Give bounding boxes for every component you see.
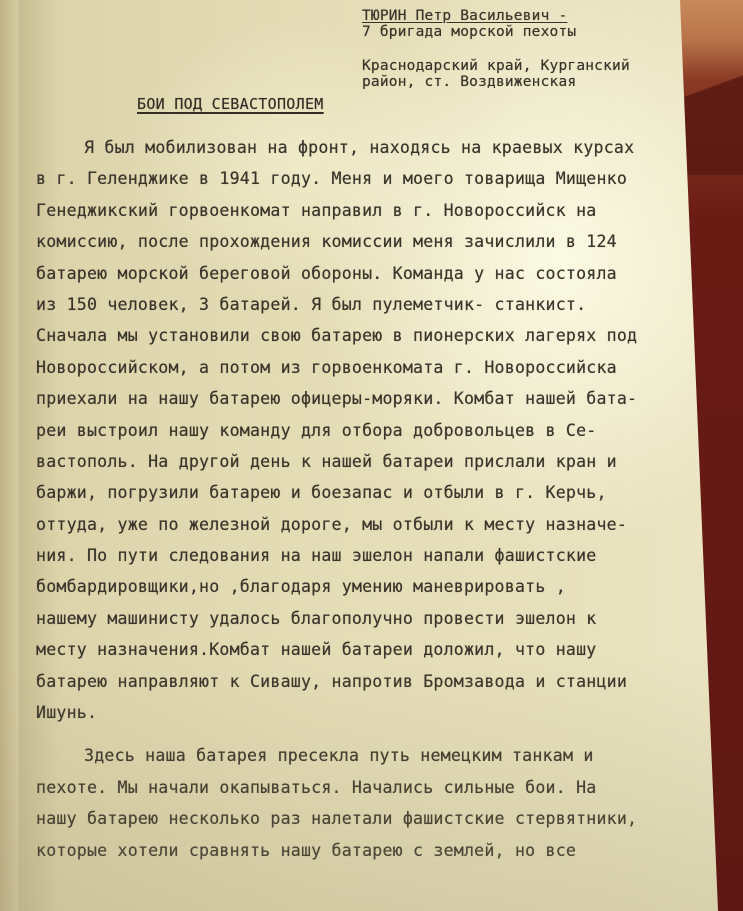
text-line: пехоте. Мы начали окапываться. Начались … (36, 772, 637, 803)
document-body: Я был мобилизован на фронт, находясь на … (36, 132, 637, 866)
document-title: БОИ ПОД СЕВАСТОПОЛЕМ (137, 95, 324, 113)
text-line: из 150 человек, 3 батарей. Я был пулемет… (36, 289, 637, 320)
text-line: нашу батарею несколько раз налетали фаши… (36, 803, 637, 834)
text-line: комиссию, после прохождения комиссии мен… (36, 226, 637, 257)
text-line: Генеджикский горвоенкомат направил в г. … (36, 195, 637, 226)
district: район, ст. Воздвиженская (362, 74, 630, 90)
text-line: бомбардировщики,но ,благодаря умению ман… (36, 571, 637, 602)
military-unit: 7 бригада морской пехоты (362, 24, 630, 40)
text-line: вастополь. На другой день к нашей батаре… (36, 446, 637, 477)
text-line: Здесь наша батарея пресекла путь немецки… (36, 740, 637, 771)
text-line: месту назначения.Комбат нашей батареи до… (36, 634, 637, 665)
text-line: оттуда, уже по железной дороге, мы отбыл… (36, 509, 637, 540)
text-line: приехали на нашу батарею офицеры-моряки.… (36, 383, 637, 414)
text-line: реи выстроил нашу команду для отбора доб… (36, 415, 637, 446)
typewritten-page: ТЮРИН Петр Васильевич - 7 бригада морско… (0, 0, 720, 911)
text-line: Сначала мы установили свою батарею в пио… (36, 320, 637, 351)
text-line: ния. По пути следования на наш эшелон на… (36, 540, 637, 571)
author-header: ТЮРИН Петр Васильевич - 7 бригада морско… (362, 8, 630, 90)
page-binding-edge (0, 0, 16, 911)
author-name: ТЮРИН Петр Васильевич - (362, 8, 630, 24)
text-line: в г. Геленджике в 1941 году. Меня и моег… (36, 163, 637, 194)
text-line: Новороссийском, а потом из горвоенкомата… (36, 352, 637, 383)
text-line: баржи, погрузили батарею и боезапас и от… (36, 477, 637, 508)
text-line: нашему машинисту удалось благополучно пр… (36, 603, 637, 634)
text-line: которые хотели сравнять нашу батарею с з… (36, 835, 637, 866)
text-line: батарею направляют к Сивашу, напротив Бр… (36, 666, 637, 697)
text-line: Я был мобилизован на фронт, находясь на … (36, 132, 637, 163)
text-line: батарею морской береговой обороны. Коман… (36, 258, 637, 289)
region: Краснодарский край, Курганский (362, 58, 630, 74)
text-line: Ишунь. (36, 697, 637, 728)
